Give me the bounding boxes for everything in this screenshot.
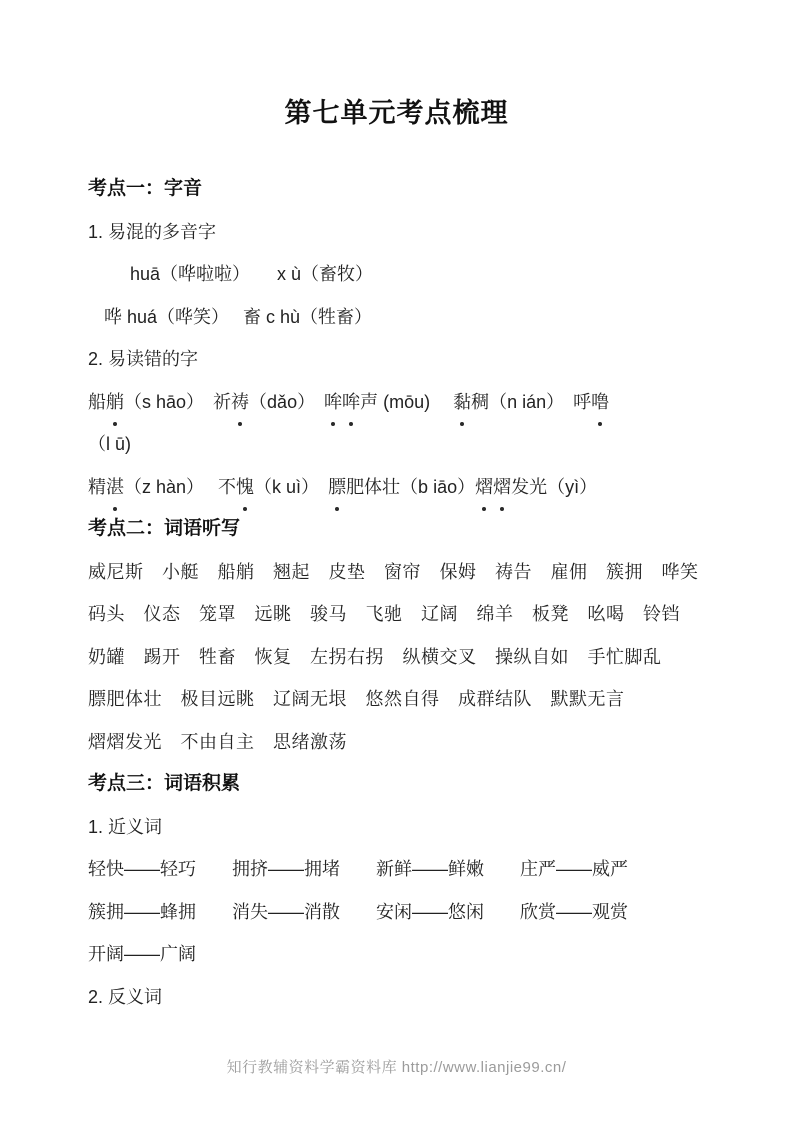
polyphone-line-1: huā（哗啦啦） x ù（畜牧） (88, 253, 705, 296)
polyphone-subheading: 1. 易混的多音字 (88, 211, 705, 254)
misread-line-3: 精湛（z hàn） 不愧（k uì） 膘肥体壮（b iāo）熠熠发光（yì） (88, 466, 705, 509)
word-row: 码头 仪态 笼罩 远眺 骏马 飞驰 辽阔 绵羊 板凳 吆喝 铃铛 (88, 593, 705, 636)
section3-heading: 考点三：词语积累 (88, 763, 705, 806)
word-row: 熠熠发光 不由自主 思绪激荡 (88, 721, 705, 764)
misread-line-2: （l ū) (88, 423, 705, 466)
synonym-row: 簇拥——蜂拥 消失——消散 安闲——悠闲 欣赏——观赏 (88, 891, 705, 934)
section1-heading: 考点一：字音 (88, 168, 705, 211)
word-row: 威尼斯 小艇 船艄 翘起 皮垫 窗帘 保姆 祷告 雇佣 簇拥 哗笑 (88, 551, 705, 594)
misread-line-1: 船艄（s hāo） 祈祷（dǎo） 哞哞声 (mōu) 黏稠（n ián） 呼噜 (88, 381, 705, 424)
synonym-row: 开阔——广阔 (88, 933, 705, 976)
page-title: 第七单元考点梳理 (88, 0, 705, 130)
antonym-subheading: 2. 反义词 (88, 976, 705, 1019)
word-row: 奶罐 踢开 牲畜 恢复 左拐右拐 纵横交叉 操纵自如 手忙脚乱 (88, 636, 705, 679)
section2-heading: 考点二：词语听写 (88, 508, 705, 551)
document-page: 第七单元考点梳理 考点一：字音 1. 易混的多音字 huā（哗啦啦） x ù（畜… (0, 0, 793, 1122)
synonym-subheading: 1. 近义词 (88, 806, 705, 849)
synonym-row: 轻快——轻巧 拥挤——拥堵 新鲜——鲜嫩 庄严——威严 (88, 848, 705, 891)
misread-subheading: 2. 易读错的字 (88, 338, 705, 381)
polyphone-line-2: 哗 huá（哗笑） 畜 c hù（牲畜） (88, 296, 705, 339)
word-row: 膘肥体壮 极目远眺 辽阔无垠 悠然自得 成群结队 默默无言 (88, 678, 705, 721)
footer-text: 知行教辅资料学霸资料库 http://www.lianjie99.cn/ (88, 1058, 705, 1078)
